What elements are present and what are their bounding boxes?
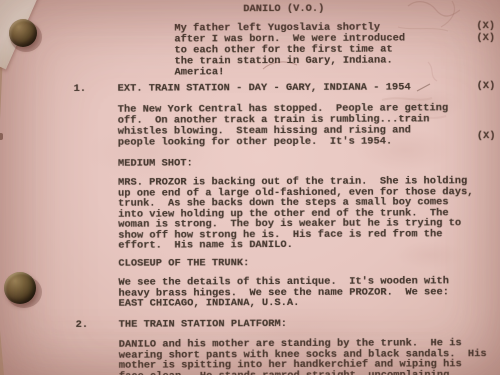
script-line-dialogue: America! — [175, 67, 225, 78]
script-line-shot-heading: MEDIUM SHOT: — [118, 158, 193, 169]
revision-marker: (X) — [476, 21, 495, 32]
script-line-shot-heading: CLOSEUP OF THE TRUNK: — [118, 258, 249, 270]
script-line-scene-number: 1. — [74, 84, 87, 95]
revision-marker: (X) — [476, 33, 495, 44]
revision-marker: (X) — [477, 81, 496, 92]
script-line-action: face clean. He stands ramrod straight, u… — [119, 370, 456, 375]
script-line-scene-heading: EXT. TRAIN STATION - DAY - GARY, INDIANA… — [118, 82, 411, 94]
script-line-action: effort. His name is DANILO. — [118, 240, 293, 252]
script-line-cue: DANILO (V.O.) — [243, 4, 324, 15]
script-line-action: EAST CHICAGO, INDIANA, U.S.A. — [119, 298, 300, 310]
script-line-scene-heading: THE TRAIN STATION PLATFORM: — [119, 319, 287, 331]
script-line-action: people looking for other people. It's 19… — [118, 137, 392, 149]
script-line-scene-number: 2. — [76, 320, 89, 331]
revision-marker: (X) — [477, 131, 496, 142]
typewritten-text-layer: DANILO (V.O.)My father left Yugoslavia s… — [0, 0, 500, 375]
script-page-photo: DANILO (V.O.)My father left Yugoslavia s… — [0, 0, 500, 375]
